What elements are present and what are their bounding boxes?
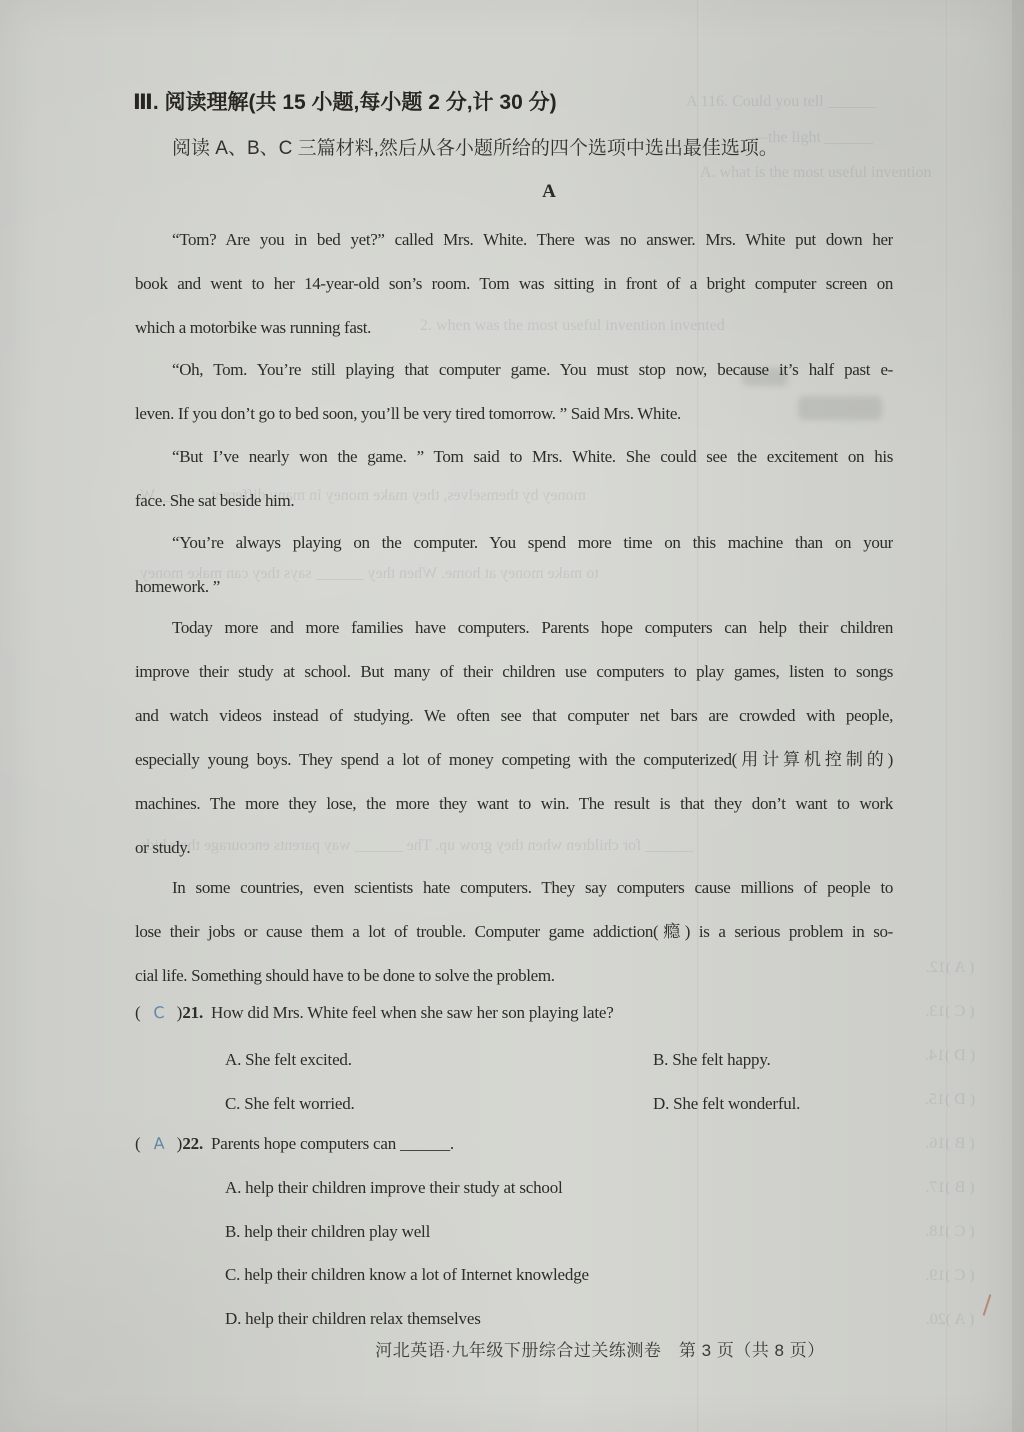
page-footer: 河北英语·九年级下册综合过关练测卷 第 3 页（共 8 页） [220,1336,980,1361]
passage-line: face. She sat beside him. [135,479,893,523]
passage-line: book and went to her 14-year-old son’s r… [135,262,893,306]
passage-line: In some countries, even scientists hate … [135,866,893,910]
passage-line: improve their study at school. But many … [135,650,893,694]
question-21-options: A. She felt excited. B. She felt happy. … [225,1038,897,1126]
question-22-options: A. help their children improve their stu… [225,1166,589,1340]
question-number: 22. [182,1134,211,1153]
bleedthrough-answer: ( C )18. [880,1222,1020,1242]
bleedthrough-answer: ( D )15. [880,1090,1020,1110]
question-number: 21. [182,1003,211,1022]
handwritten-answer-22: A [140,1129,177,1158]
passage-line: homework. ” [135,565,893,609]
option-d: D. help their children relax themselves [225,1297,589,1341]
bleedthrough-answer: ( D )14. [880,1046,1020,1066]
paragraph-5: Today more and more families have comput… [135,606,893,870]
paragraph-2: “Oh, Tom. You’re still playing that comp… [135,348,893,436]
passage-line: machines. The more they lose, the more t… [135,782,893,826]
passage-line: “But I’ve nearly won the game. ” Tom sai… [135,435,893,479]
question-22-stem: (A)22.Parents hope computers can ______. [135,1130,935,1158]
passage-line: “You’re always playing on the computer. … [135,521,893,565]
passage-line: especially young boys. They spend a lot … [135,738,893,782]
passage-line: “Oh, Tom. You’re still playing that comp… [135,348,893,392]
passage-line: leven. If you don’t go to bed soon, you’… [135,392,893,436]
passage-line: or study. [135,826,893,870]
option-c: C. help their children know a lot of Int… [225,1253,589,1297]
option-c: C. She felt worried. [225,1082,653,1126]
paragraph-6: In some countries, even scientists hate … [135,866,893,998]
paragraph-1: “Tom? Are you in bed yet?” called Mrs. W… [135,218,893,350]
bleedthrough-answer: ( A )12. [880,958,1020,978]
passage-line: “Tom? Are you in bed yet?” called Mrs. W… [135,218,893,262]
handwritten-answer-21: C [140,998,177,1027]
bleedthrough-answer: ( B )17. [880,1178,1020,1198]
option-a: A. help their children improve their stu… [225,1166,589,1210]
bleedthrough-text: A. what is the most useful invention [700,163,932,183]
paper-edge-shadow [1012,0,1024,1432]
paper-crease [946,0,949,1432]
passage-line: and watch videos instead of studying. We… [135,694,893,738]
bleedthrough-answer: ( C )19. [880,1266,1020,1286]
passage-line: which a motorbike was running fast. [135,306,893,350]
paragraph-4: “You’re always playing on the computer. … [135,521,893,609]
bleedthrough-answer: ( A )20. [880,1310,1020,1330]
passage-line: Today more and more families have comput… [135,606,893,650]
section-instruction: 阅读 A、B、C 三篇材料,然后从各小题所给的四个选项中选出最佳选项。 [172,136,1012,162]
option-b: B. She felt happy. [653,1038,897,1082]
option-b: B. help their children play well [225,1210,589,1254]
passage-label-a: A [170,181,928,203]
option-d: D. She felt wonderful. [653,1082,897,1126]
scanned-test-paper-page: A 116. Could you tell ______ —the light … [0,0,1024,1432]
passage-line: cial life. Something should have to be d… [135,954,893,998]
section-heading: Ⅲ. 阅读理解(共 15 小题,每小题 2 分,计 30 分) [133,88,993,118]
option-a: A. She felt excited. [225,1038,653,1082]
paragraph-3: “But I’ve nearly won the game. ” Tom sai… [135,435,893,523]
question-text: Parents hope computers can ______. [211,1134,454,1153]
question-text: How did Mrs. White feel when she saw her… [211,1003,614,1022]
passage-line: lose their jobs or cause them a lot of t… [135,910,893,954]
question-21-stem: (C)21.How did Mrs. White feel when she s… [135,999,935,1027]
